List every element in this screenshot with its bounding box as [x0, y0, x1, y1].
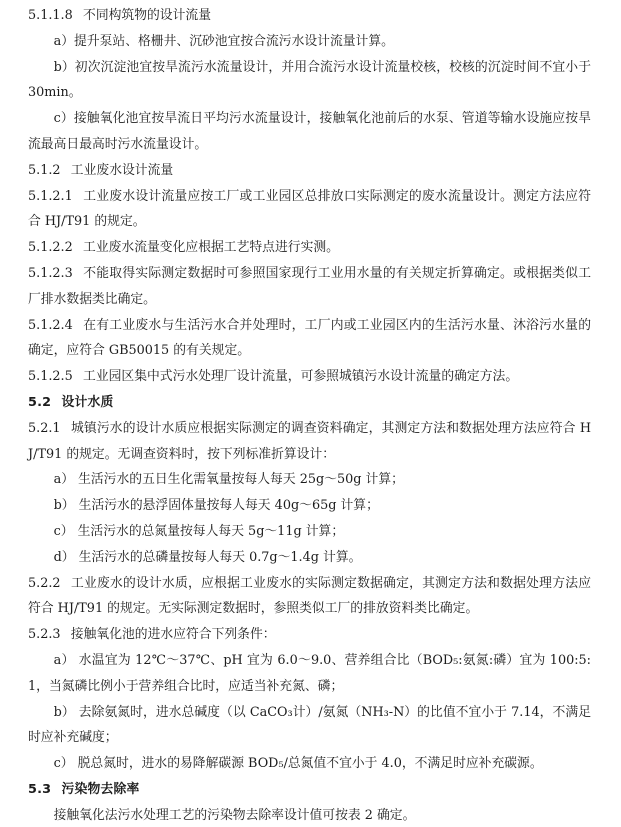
clause-title: 工业废水设计流量: [71, 163, 173, 178]
clause-text: 不能取得实际测定数据时可参照国家现行工业用水量的有关规定折算确定。或根据类似工厂…: [28, 266, 591, 307]
section-title: 污染物去除率: [62, 782, 140, 797]
list-item-a-5.1.1.8: a）提升泵站、格栅井、沉砂池宜按合流污水设计流量计算。: [28, 29, 591, 55]
document-page: 5.1.1.8不同构筑物的设计流量 a）提升泵站、格栅井、沉砂池宜按合流污水设计…: [0, 0, 621, 827]
clause-number: 5.1.1.8: [28, 8, 73, 23]
clause-number: 5.2.1: [28, 421, 61, 436]
section-title: 设计水质: [62, 395, 114, 410]
clause-5.1.2.3: 5.1.2.3不能取得实际测定数据时可参照国家现行工业用水量的有关规定折算确定。…: [28, 261, 591, 313]
clause-number: 5.1.2.4: [28, 318, 73, 333]
clause-5.1.2.5: 5.1.2.5工业园区集中式污水处理厂设计流量，可参照城镇污水设计流量的确定方法…: [28, 364, 591, 390]
list-item-a-5.2.1: a） 生活污水的五日生化需氧量按每人每天 25g～50g 计算；: [28, 467, 591, 493]
clause-5.1.1.8: 5.1.1.8不同构筑物的设计流量: [28, 3, 591, 29]
clause-number: 5.1.2.3: [28, 266, 73, 281]
clause-number: 5.1.2.5: [28, 369, 73, 384]
paragraph-text: 接触氧化法污水处理工艺的污染物去除率设计值可按表 2 确定。: [54, 808, 416, 823]
list-item-c-5.1.1.8: c）接触氧化池宜按旱流日平均污水流量设计，接触氧化池前后的水泵、管道等输水设施应…: [28, 106, 591, 158]
clause-text: 城镇污水的设计水质应根据实际测定的调查资料确定，其测定方法和数据处理方法应符合 …: [28, 421, 591, 462]
list-item-text: c）接触氧化池宜按旱流日平均污水流量设计，接触氧化池前后的水泵、管道等输水设施应…: [28, 111, 591, 152]
list-item-text: c） 生活污水的总氮量按每人每天 5g～11g 计算；: [54, 524, 345, 539]
list-item-text: a）提升泵站、格栅井、沉砂池宜按合流污水设计流量计算。: [54, 34, 394, 49]
clause-number: 5.2.3: [28, 627, 61, 642]
clause-text: 接触氧化池的进水应符合下列条件：: [71, 627, 276, 642]
section-heading-5.3: 5.3污染物去除率: [28, 777, 591, 803]
section-number: 5.3: [28, 782, 51, 797]
list-item-b-5.2.1: b） 生活污水的悬浮固体量按每人每天 40g～65g 计算；: [28, 493, 591, 519]
clause-text: 工业废水设计流量应按工厂或工业园区总排放口实际测定的废水流量设计。测定方法应符合…: [28, 189, 591, 230]
list-item-text: b） 去除氨氮时，进水总碱度（以 CaCO₃计）/氨氮（NH₃-N）的比值不宜小…: [28, 705, 591, 746]
section-heading-5.2: 5.2设计水质: [28, 390, 591, 416]
list-item-text: c） 脱总氮时，进水的易降解碳源 BOD₅/总氮值不宜小于 4.0，不满足时应补…: [54, 756, 543, 771]
clause-text: 工业废水的设计水质，应根据工业废水的实际测定数据确定，其测定方法和数据处理方法应…: [28, 576, 591, 617]
clause-text: 工业园区集中式污水处理厂设计流量，可参照城镇污水设计流量的确定方法。: [83, 369, 518, 384]
clause-5.1.2: 5.1.2工业废水设计流量: [28, 158, 591, 184]
clause-title: 不同构筑物的设计流量: [83, 8, 211, 23]
clause-text: 在有工业废水与生活污水合并处理时，工厂内或工业园区内的生活污水量、沐浴污水量的确…: [28, 318, 591, 359]
clause-5.1.2.2: 5.1.2.2工业废水流量变化应根据工艺特点进行实测。: [28, 235, 591, 261]
list-item-a-5.2.3: a） 水温宜为 12℃～37℃、pH 宜为 6.0～9.0、营养组合比（BOD₅…: [28, 648, 591, 700]
clause-5.1.2.1: 5.1.2.1工业废水设计流量应按工厂或工业园区总排放口实际测定的废水流量设计。…: [28, 184, 591, 236]
list-item-text: d） 生活污水的总磷量按每人每天 0.7g～1.4g 计算。: [54, 550, 362, 565]
section-number: 5.2: [28, 395, 51, 410]
clause-number: 5.1.2: [28, 163, 61, 178]
clause-number: 5.1.2.1: [28, 189, 73, 204]
clause-5.2.1: 5.2.1城镇污水的设计水质应根据实际测定的调查资料确定，其测定方法和数据处理方…: [28, 416, 591, 468]
clause-number: 5.2.2: [28, 576, 61, 591]
clause-5.2.3: 5.2.3接触氧化池的进水应符合下列条件：: [28, 622, 591, 648]
clause-number: 5.1.2.2: [28, 240, 73, 255]
list-item-text: b）初次沉淀池宜按旱流污水流量设计，并用合流污水设计流量校核，校核的沉淀时间不宜…: [28, 60, 591, 101]
clause-5.1.2.4: 5.1.2.4在有工业废水与生活污水合并处理时，工厂内或工业园区内的生活污水量、…: [28, 313, 591, 365]
paragraph-5.3-body: 接触氧化法污水处理工艺的污染物去除率设计值可按表 2 确定。: [28, 803, 591, 827]
list-item-text: a） 生活污水的五日生化需氧量按每人每天 25g～50g 计算；: [54, 472, 404, 487]
list-item-b-5.1.1.8: b）初次沉淀池宜按旱流污水流量设计，并用合流污水设计流量校核，校核的沉淀时间不宜…: [28, 55, 591, 107]
list-item-text: a） 水温宜为 12℃～37℃、pH 宜为 6.0～9.0、营养组合比（BOD₅…: [28, 653, 591, 694]
clause-text: 工业废水流量变化应根据工艺特点进行实测。: [83, 240, 339, 255]
list-item-b-5.2.3: b） 去除氨氮时，进水总碱度（以 CaCO₃计）/氨氮（NH₃-N）的比值不宜小…: [28, 700, 591, 752]
list-item-d-5.2.1: d） 生活污水的总磷量按每人每天 0.7g～1.4g 计算。: [28, 545, 591, 571]
list-item-c-5.2.1: c） 生活污水的总氮量按每人每天 5g～11g 计算；: [28, 519, 591, 545]
list-item-text: b） 生活污水的悬浮固体量按每人每天 40g～65g 计算；: [54, 498, 379, 513]
list-item-c-5.2.3: c） 脱总氮时，进水的易降解碳源 BOD₅/总氮值不宜小于 4.0，不满足时应补…: [28, 751, 591, 777]
clause-5.2.2: 5.2.2工业废水的设计水质，应根据工业废水的实际测定数据确定，其测定方法和数据…: [28, 571, 591, 623]
